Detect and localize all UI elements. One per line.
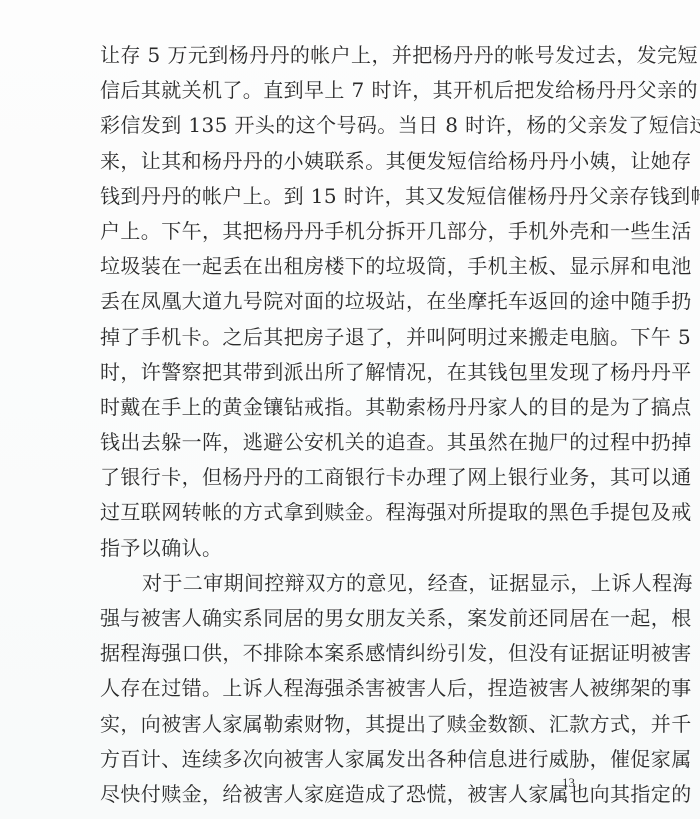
text-line: 强与被害人确实系同居的男女朋友关系，案发前还同居在一起，根 [100, 601, 580, 636]
text-line: 来，让其和杨丹丹的小姨联系。其便发短信给杨丹丹小姨，让她存 [100, 144, 580, 179]
text-line: 方百计、连续多次向被害人家属发出各种信息进行威胁，催促家属 [100, 742, 580, 777]
paragraph-1: 让存 5 万元到杨丹丹的帐户上，并把杨丹丹的帐号发过去，发完短 信后其就关机了。… [100, 38, 580, 566]
text-line: 指予以确认。 [100, 531, 580, 566]
text-line: 让存 5 万元到杨丹丹的帐户上，并把杨丹丹的帐号发过去，发完短 [100, 38, 580, 73]
text-line: 人存在过错。上诉人程海强杀害被害人后，捏造被害人被绑架的事 [100, 671, 580, 706]
text-line: 时戴在手上的黄金镶钻戒指。其勒索杨丹丹家人的目的是为了搞点 [100, 390, 580, 425]
page-number: 13 [562, 775, 575, 791]
document-page: 让存 5 万元到杨丹丹的帐户上，并把杨丹丹的帐号发过去，发完短 信后其就关机了。… [0, 0, 700, 819]
text-line: 钱到丹丹的帐户上。到 15 时许，其又发短信催杨丹丹父亲存钱到帐 [100, 179, 580, 214]
text-line: 时，许警察把其带到派出所了解情况，在其钱包里发现了杨丹丹平 [100, 355, 580, 390]
text-line: 了银行卡，但杨丹丹的工商银行卡办理了网上银行业务，其可以通 [100, 460, 580, 495]
text-line: 垃圾装在一起丢在出租房楼下的垃圾筒，手机主板、显示屏和电池 [100, 249, 580, 284]
text-line: 丢在凤凰大道九号院对面的垃圾站，在坐摩托车返回的途中随手扔 [100, 284, 580, 319]
text-line: 过互联网转帐的方式拿到赎金。程海强对所提取的黑色手提包及戒 [100, 495, 580, 530]
paragraph-2: 对于二审期间控辩双方的意见，经查，证据显示，上诉人程海 强与被害人确实系同居的男… [100, 566, 580, 812]
text-line: 对于二审期间控辩双方的意见，经查，证据显示，上诉人程海 [100, 566, 580, 601]
text-line: 户上。下午，其把杨丹丹手机分拆开几部分，手机外壳和一些生活 [100, 214, 580, 249]
text-line: 彩信发到 135 开头的这个号码。当日 8 时许，杨的父亲发了短信过 [100, 108, 580, 143]
text-line: 掉了手机卡。之后其把房子退了，并叫阿明过来搬走电脑。下午 5 [100, 320, 580, 355]
document-body: 让存 5 万元到杨丹丹的帐户上，并把杨丹丹的帐号发过去，发完短 信后其就关机了。… [100, 38, 580, 812]
text-line: 尽快付赎金，给被害人家庭造成了恐慌，被害人家属也向其指定的 [100, 777, 580, 812]
text-line: 钱出去躲一阵，逃避公安机关的追查。其虽然在抛尸的过程中扔掉 [100, 425, 580, 460]
text-line: 据程海强口供，不排除本案系感情纠纷引发，但没有证据证明被害 [100, 636, 580, 671]
text-line: 信后其就关机了。直到早上 7 时许，其开机后把发给杨丹丹父亲的 [100, 73, 580, 108]
text-line: 实，向被害人家属勒索财物，其提出了赎金数额、汇款方式，并千 [100, 707, 580, 742]
